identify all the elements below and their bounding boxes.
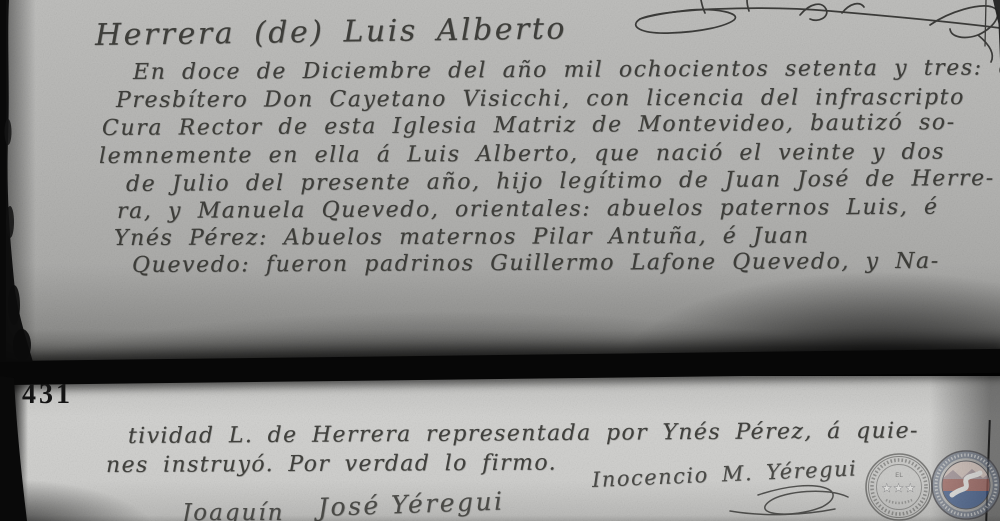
record-body-line: Presbítero Don Cayetano Visicchi, con li… (116, 85, 965, 113)
partial-signature: Joaquín (182, 500, 285, 521)
record-body-line: lemnemente en ella á Luis Alberto, que n… (99, 140, 945, 169)
page-number: 431 (22, 379, 73, 411)
archive-seals: EL ★★★ (856, 425, 1000, 521)
record-body-line: ra, y Manuela Quevedo, orientales: abuel… (117, 195, 939, 224)
record-body-line: En doce de Diciembre del año mil ochocie… (133, 55, 1000, 85)
record-body-line: Ynés Pérez: Abuelos maternos Pilar Antuñ… (114, 224, 810, 251)
signature-rubric (580, 465, 860, 521)
partial-signature: José Yéregui (317, 486, 505, 521)
record-heading: Herrera (de) Luis Alberto (95, 11, 567, 53)
annotation-line: nes instruyó. Por verdad lo firmo. (106, 451, 557, 478)
svg-text:★★★: ★★★ (881, 481, 916, 495)
scanned-baptism-record: Herrera (de) Luis Alberto En doce de Dic… (0, 0, 1000, 521)
landscape-emblem-seal-icon (932, 451, 1000, 519)
record-body-line: Quevedo: fueron padrinos Guillermo Lafon… (132, 249, 940, 278)
stars-seal-icon: EL ★★★ (866, 454, 932, 520)
svg-text:EL: EL (895, 471, 903, 479)
